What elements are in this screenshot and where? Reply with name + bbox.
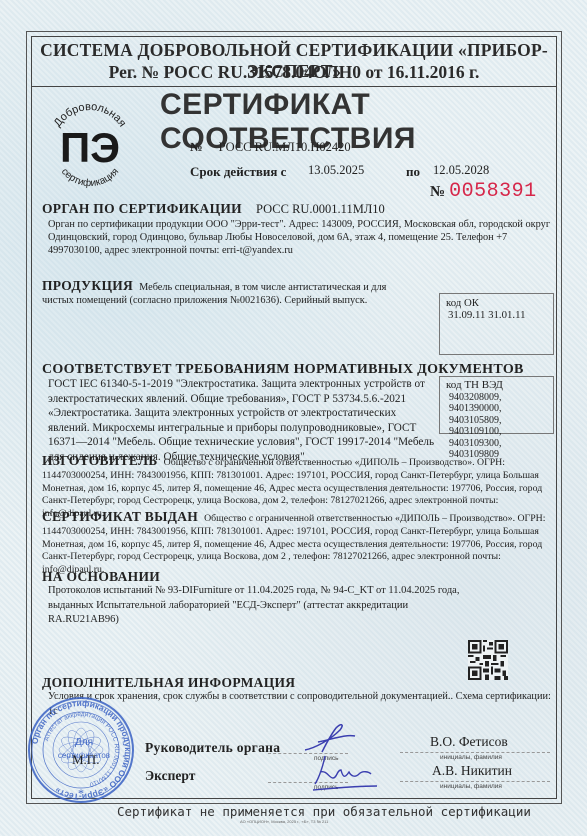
certificate-number-row: № РОСС RU.МЛ10.Н02420 — [190, 138, 351, 156]
additional-info-heading: ДОПОЛНИТЕЛЬНАЯ ИНФОРМАЦИЯ — [42, 675, 295, 691]
validity-row: Срок действия с — [190, 163, 286, 181]
stamp-place-mp: М.П. — [72, 752, 99, 768]
tnved-code-box: код ТН ВЭД 9403208009, 9401390000, 94031… — [439, 376, 554, 434]
ok-code-box: код ОК 31.09.11 31.01.11 — [439, 293, 554, 355]
expert-label: Эксперт — [145, 768, 195, 784]
valid-to-label: по — [406, 164, 420, 180]
pe-logo: Добровольная сертификация ПЭ — [40, 96, 140, 196]
expert-name-line — [400, 781, 550, 782]
manufacturer-heading: ИЗГОТОВИТЕЛЬ — [42, 453, 158, 468]
expert-name-caption: инициалы, фамилия — [440, 783, 502, 790]
head-name-caption: инициалы, фамилия — [440, 754, 502, 761]
tnved-label: код ТН ВЭД — [446, 380, 547, 392]
stamp-seal-icon: Орган по сертификации продукции ООО «Эрр… — [26, 695, 136, 805]
head-name-line — [400, 752, 550, 753]
form-number: 0058391 — [449, 180, 537, 203]
pe-logo-icon: Добровольная сертификация ПЭ — [40, 96, 140, 196]
svg-text:Для: Для — [75, 737, 93, 748]
footer-note: Сертификат не применяется при обязательн… — [117, 804, 531, 819]
expert-signature — [305, 748, 380, 798]
certification-body-heading-row: ОРГАН ПО СЕРТИФИКАЦИИ РОСС RU.0001.11МЛ1… — [42, 200, 385, 218]
certification-body-text: Орган по сертификации продукции ООО "Эрр… — [48, 218, 553, 258]
certification-stamp: Орган по сертификации продукции ООО «Эрр… — [26, 695, 136, 805]
head-name: В.О. Фетисов — [430, 734, 508, 750]
form-number-sign: № — [430, 184, 445, 200]
svg-text:*: * — [78, 786, 84, 800]
requirements-text: ГОСТ IEC 61340-5-1-2019 "Электростатика.… — [48, 377, 438, 464]
certification-body-heading: ОРГАН ПО СЕРТИФИКАЦИИ — [42, 201, 242, 216]
ok-code-label: код ОК — [446, 297, 547, 309]
valid-to: 12.05.2028 — [433, 163, 489, 178]
expert-name: А.В. Никитин — [432, 763, 512, 779]
handwritten-signature-icon — [305, 748, 380, 793]
svg-text:Аттестат аккредитации РОСС RU.: Аттестат аккредитации РОСС RU.0001.11МЛ1… — [43, 711, 120, 788]
basis-text: Протоколов испытаний № 93-DIFurniture от… — [48, 584, 478, 628]
svg-text:ПЭ: ПЭ — [60, 124, 120, 171]
qr-code — [468, 640, 508, 680]
issued-to-section: СЕРТИФИКАТ ВЫДАНОбщество с ограниченной … — [42, 511, 554, 577]
number-sign: № — [190, 140, 203, 154]
system-registration: Рег. № РОСС RU.31578.04ОЛН0 от 16.11.201… — [31, 62, 557, 83]
head-of-body-label: Руководитель органа — [145, 740, 280, 756]
certificate-number: РОСС RU.МЛ10.Н02420 — [219, 140, 351, 154]
ok-code-values: 31.09.11 31.01.11 — [446, 309, 547, 321]
tnved-codes: 9403208009, 9401390000, 9403105809, 9403… — [446, 392, 547, 461]
header-divider — [31, 86, 557, 87]
validity-label: Срок действия с — [190, 164, 286, 179]
qr-code-icon — [468, 640, 508, 680]
product-section: ПРОДУКЦИЯМебель специальная, в том числе… — [42, 279, 387, 307]
product-heading: ПРОДУКЦИЯ — [42, 278, 133, 293]
certification-body-code: РОСС RU.0001.11МЛ10 — [256, 202, 385, 216]
valid-from: 13.05.2025 — [308, 163, 364, 178]
print-info: АО «ОПЦИОН», Москва, 2025 г., «Б», Т3 № … — [240, 819, 328, 824]
basis-heading: НА ОСНОВАНИИ — [42, 569, 160, 585]
form-number-row: № 0058391 — [430, 180, 537, 203]
issued-to-heading: СЕРТИФИКАТ ВЫДАН — [42, 509, 198, 524]
